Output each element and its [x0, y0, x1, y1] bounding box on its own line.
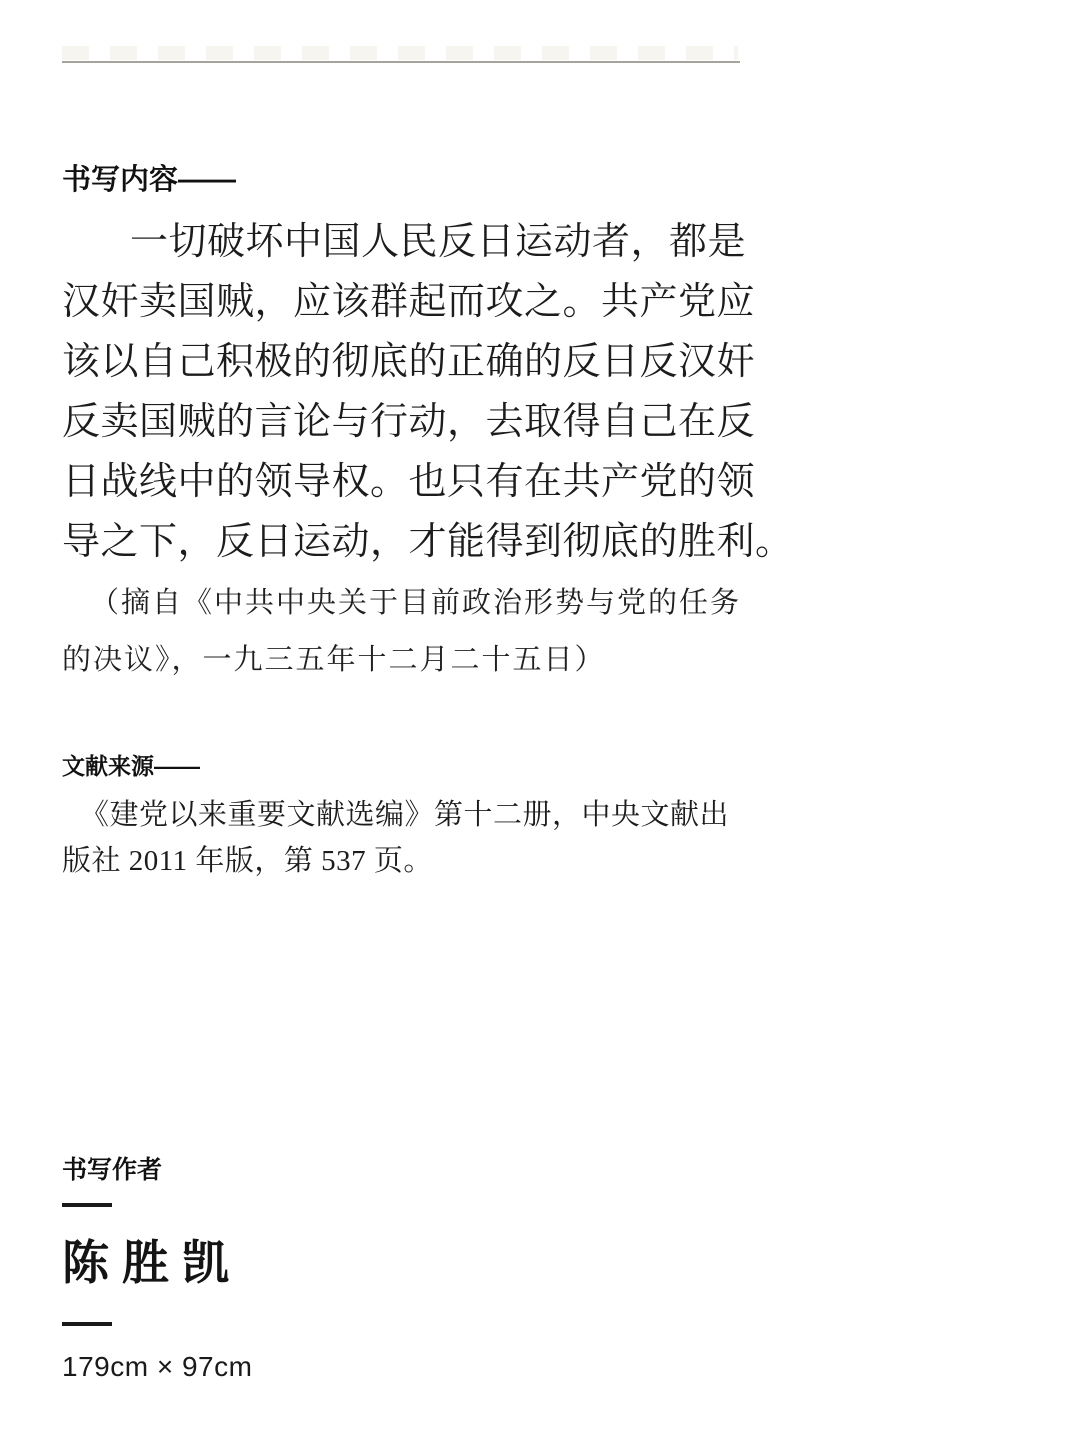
source-section-heading: 文献来源—— [62, 750, 200, 782]
artwork-dimensions: 179cm × 97cm [62, 1349, 252, 1385]
author-name: 陈胜凯 [62, 1234, 242, 1294]
text-line: 导之下，反日运动，才能得到彻底的胜利。 [62, 512, 752, 572]
text-line: 的决议》，一九三五年十二月二十五日） [62, 632, 752, 689]
author-section-heading: 书写作者 [62, 1153, 162, 1187]
text-line: 反卖国贼的言论与行动，去取得自己在反 [62, 392, 752, 452]
separator-line [62, 1322, 112, 1326]
text-line: 该以自己积极的彻底的正确的反日反汉奸 [62, 332, 752, 392]
faint-clipped-text-remnant [62, 46, 738, 60]
source-reference: 《建党以来重要文献选编》第十二册，中央文献出 版社 2011 年版，第 537 … [62, 792, 752, 884]
citation-attribution: （摘自《中共中央关于目前政治形势与党的任务 的决议》，一九三五年十二月二十五日） [62, 575, 752, 689]
text-line: 汉奸卖国贼，应该群起而攻之。共产党应 [62, 272, 752, 332]
text-line: 一切破坏中国人民反日运动者，都是 [62, 212, 752, 272]
text-line: 日战线中的领导权。也只有在共产党的领 [62, 452, 752, 512]
text-line: 版社 2011 年版，第 537 页。 [62, 838, 752, 884]
separator-line [62, 1203, 112, 1207]
text-line: （摘自《中共中央关于目前政治形势与党的任务 [62, 575, 752, 632]
text-line: 《建党以来重要文献选编》第十二册，中央文献出 [62, 792, 752, 838]
article-page: 书写内容—— 一切破坏中国人民反日运动者，都是 汉奸卖国贼，应该群起而攻之。共产… [0, 0, 1080, 1439]
content-section-heading: 书写内容—— [62, 160, 236, 200]
top-divider-line [62, 61, 740, 63]
quoted-passage: 一切破坏中国人民反日运动者，都是 汉奸卖国贼，应该群起而攻之。共产党应 该以自己… [62, 212, 752, 572]
